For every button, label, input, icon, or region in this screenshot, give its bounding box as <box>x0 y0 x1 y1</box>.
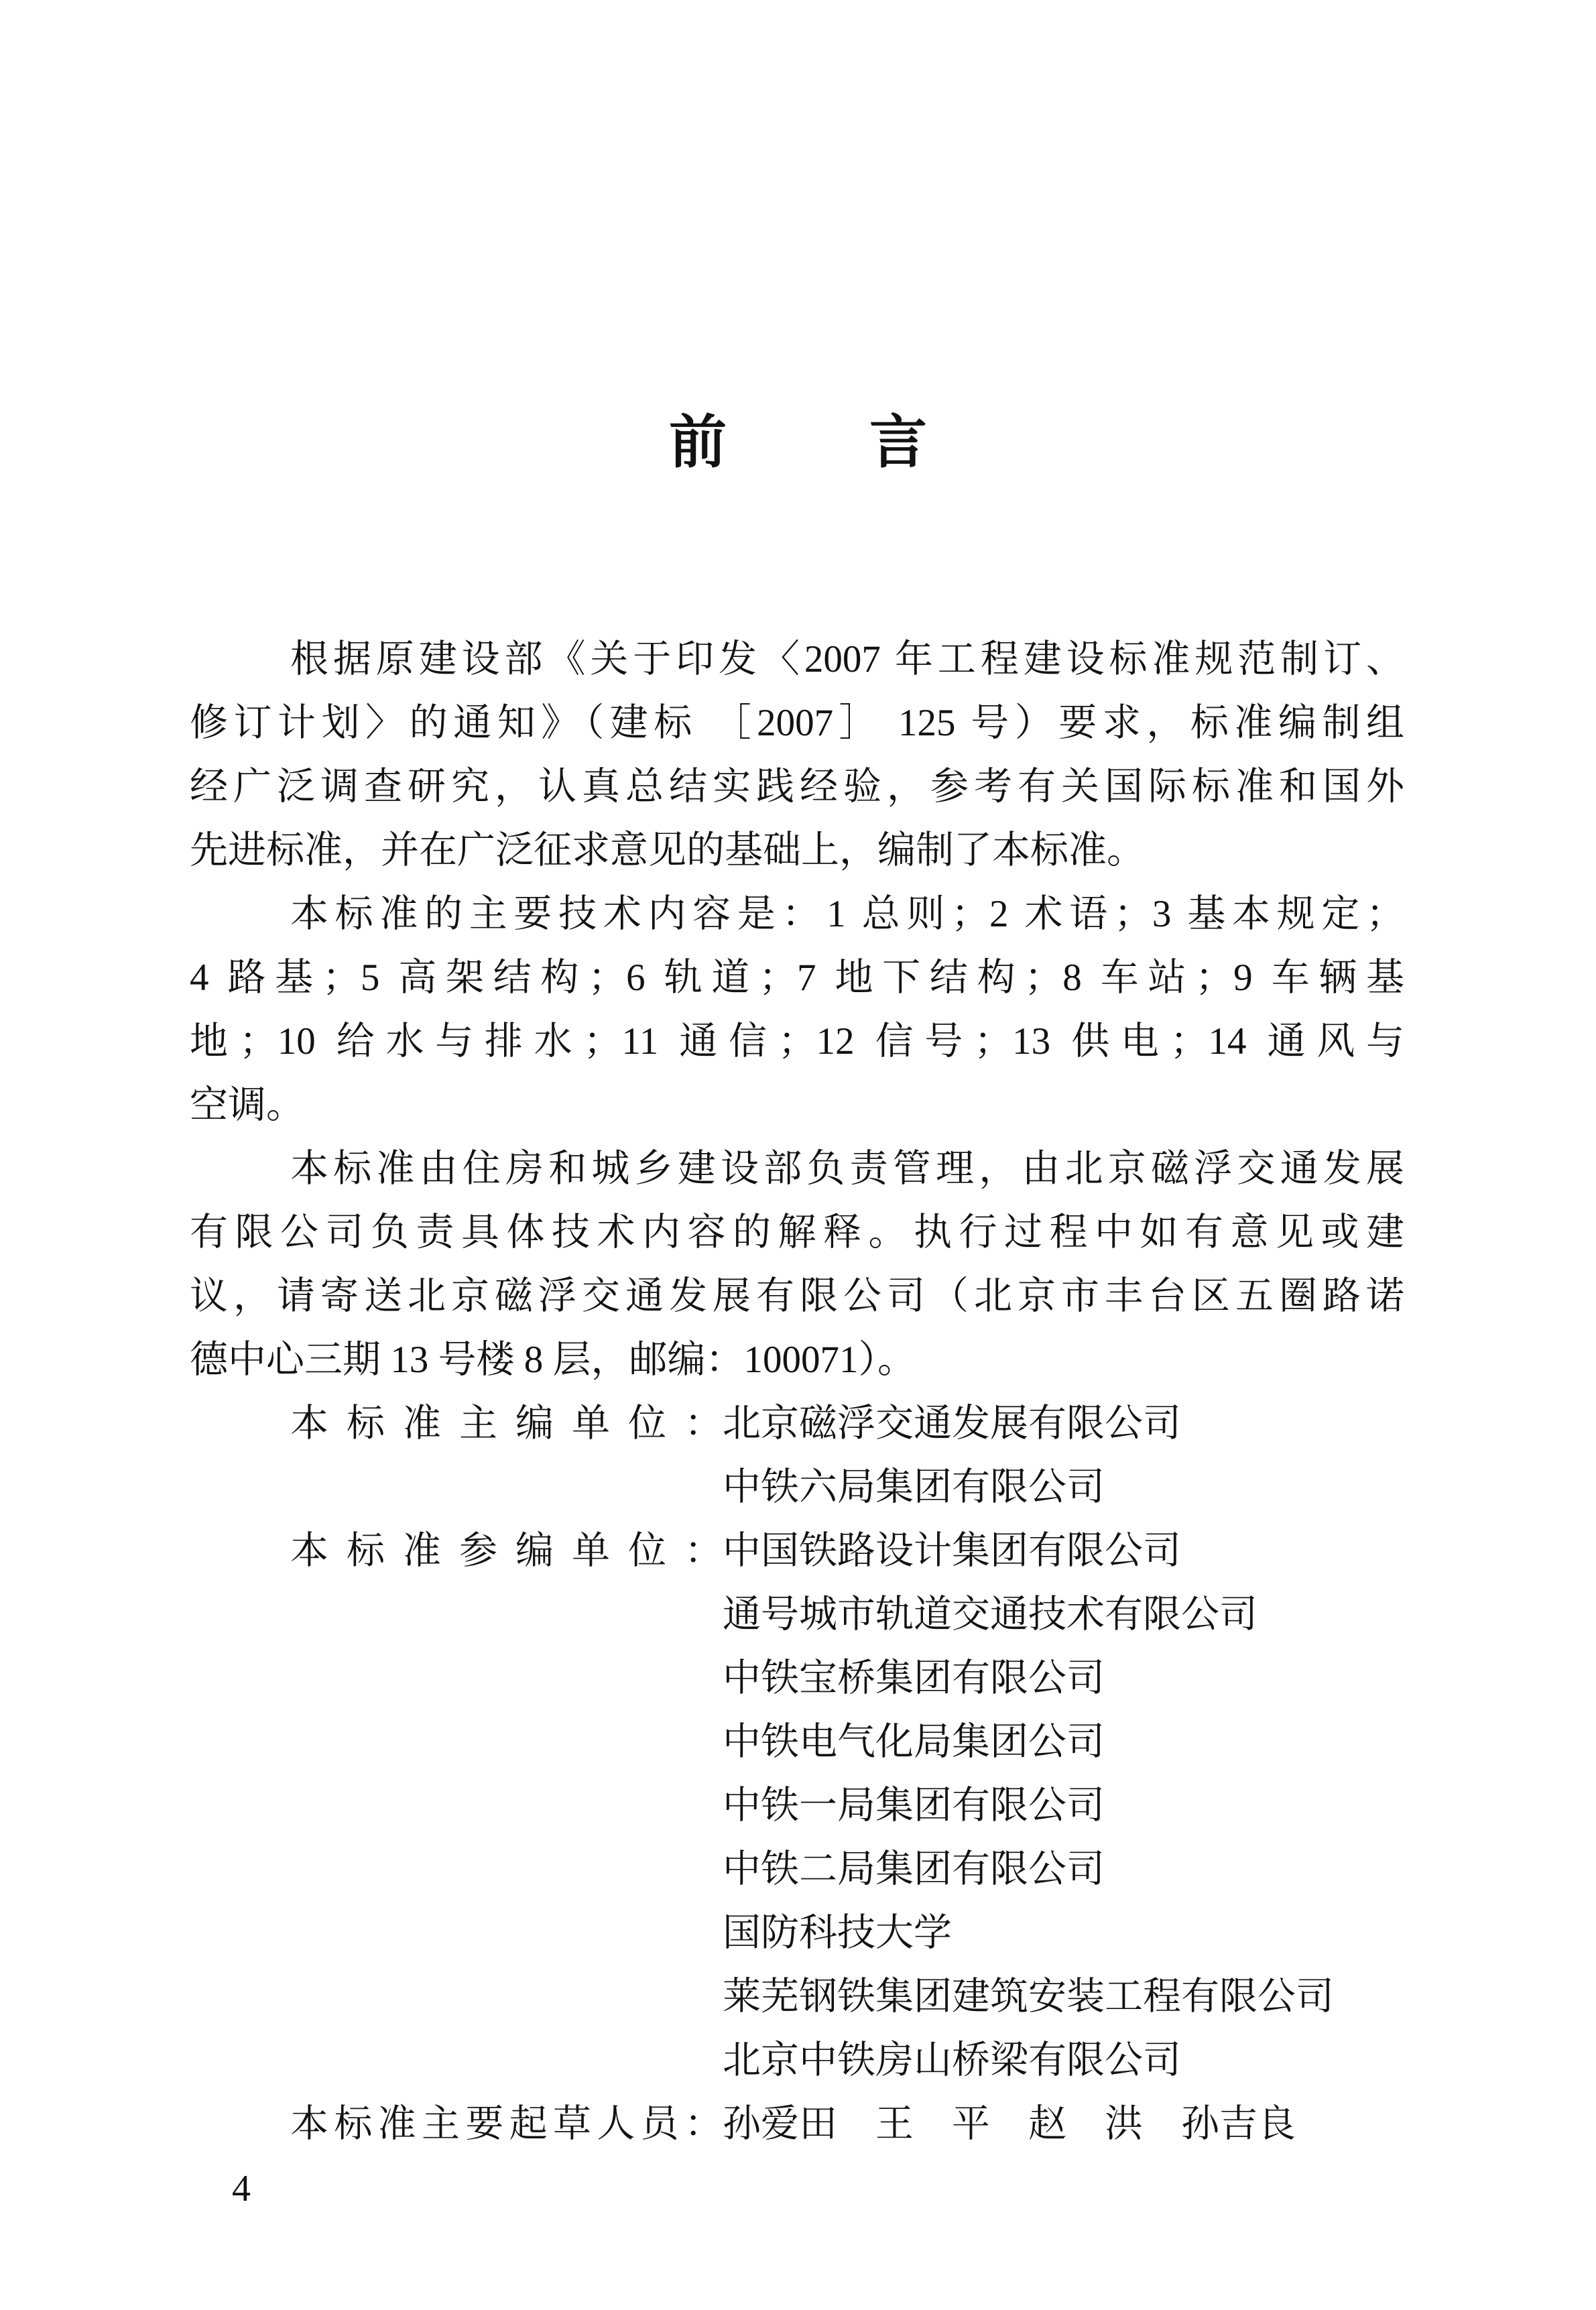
text-line: 国防科技大学 <box>190 1901 1404 1965</box>
text-line: 有限公司负责具体技术内容的解释。执行过程中如有意见或建 <box>190 1201 1404 1264</box>
line-text: 孙爱田 王 平 赵 洪 孙吉良 <box>723 2103 1296 2145</box>
text-line: 北京中铁房山桥梁有限公司 <box>190 2028 1404 2092</box>
title-char-right: 言 <box>869 410 927 475</box>
line-label: 本标准主要起草人员： <box>290 2092 723 2156</box>
text-line: 本标准主要起草人员：孙爱田 王 平 赵 洪 孙吉良 <box>190 2092 1404 2156</box>
text-line: 通号城市轨道交通技术有限公司 <box>190 1583 1404 1646</box>
text-line: 德中心三期 13 号楼 8 层，邮编：100071）。 <box>190 1328 1404 1392</box>
text-line: 中铁一局集团有限公司 <box>190 1774 1404 1837</box>
line-label: 本标准主编单位： <box>290 1392 723 1455</box>
text-line: 先进标准，并在广泛征求意见的基础上，编制了本标准。 <box>190 818 1404 882</box>
text-line: 本标准主编单位：北京磁浮交通发展有限公司 <box>190 1392 1404 1455</box>
text-line: 4 路基；5 高架结构；6 轨道；7 地下结构；8 车站；9 车辆基 <box>190 946 1404 1010</box>
line-text: 中国铁路设计集团有限公司 <box>723 1530 1181 1572</box>
text-line: 经广泛调查研究，认真总结实践经验，参考有关国际标准和国外 <box>190 755 1404 818</box>
text-line: 本标准参编单位：中国铁路设计集团有限公司 <box>190 1519 1404 1583</box>
text-line: 修订计划〉的通知》（建标 ［2007］ 125 号）要求，标准编制组 <box>190 691 1404 755</box>
document-page: 前 言 根据原建设部《关于印发〈2007 年工程建设标准规范制订、修订计划〉的通… <box>0 0 1596 2310</box>
line-label: 本标准参编单位： <box>290 1519 723 1583</box>
text-line: 地；10 给水与排水；11 通信；12 信号；13 供电；14 通风与 <box>190 1010 1404 1073</box>
line-text: 北京磁浮交通发展有限公司 <box>723 1402 1181 1445</box>
text-line: 中铁电气化局集团公司 <box>190 1710 1404 1774</box>
text-line: 空调。 <box>190 1073 1404 1137</box>
text-line: 莱芜钢铁集团建筑安装工程有限公司 <box>190 1965 1404 2028</box>
page-number: 4 <box>232 2168 251 2209</box>
text-line: 中铁二局集团有限公司 <box>190 1837 1404 1901</box>
text-line: 中铁六局集团有限公司 <box>190 1455 1404 1519</box>
page-title: 前 言 <box>0 410 1596 475</box>
text-line: 本标准的主要技术内容是：1 总则；2 术语；3 基本规定； <box>190 882 1404 946</box>
text-line: 本标准由住房和城乡建设部负责管理，由北京磁浮交通发展 <box>190 1137 1404 1201</box>
text-line: 中铁宝桥集团有限公司 <box>190 1646 1404 1710</box>
document-body: 根据原建设部《关于印发〈2007 年工程建设标准规范制订、修订计划〉的通知》（建… <box>190 627 1404 2156</box>
title-char-left: 前 <box>669 410 727 475</box>
text-line: 议，请寄送北京磁浮交通发展有限公司（北京市丰台区五圈路诺 <box>190 1264 1404 1328</box>
text-line: 根据原建设部《关于印发〈2007 年工程建设标准规范制订、 <box>190 627 1404 691</box>
